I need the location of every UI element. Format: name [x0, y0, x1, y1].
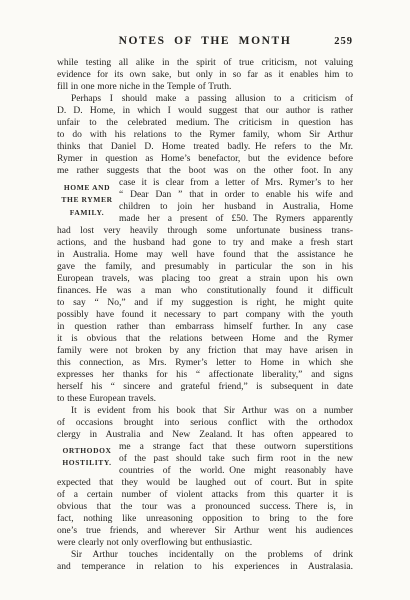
text-line: finances. He was a man who constitutiona…: [57, 285, 353, 297]
text-line: countries of the world. One might reason…: [119, 465, 353, 477]
text-line: of occasions brought into serious confli…: [57, 417, 353, 429]
text-line: “ Dear Dan ” that in order to enable his…: [119, 189, 353, 201]
text-line: thinks that Daniel D. Home treated badly…: [57, 141, 353, 153]
text-line: to say “ No,” and if my suggestion is ri…: [57, 297, 353, 309]
book-page: NOTES OF THE MONTH 259 while testing all…: [0, 0, 410, 600]
sidenote-home-rymer: HOME ANDTHE RYMERFAMILY.: [57, 182, 117, 219]
text-line: had lost very heavily through some unfor…: [57, 225, 353, 237]
text-line: it is obvious that the relations between…: [57, 333, 353, 345]
text-line: to these European travels.: [57, 393, 353, 405]
text-line: one’s true friends, and wherever Sir Art…: [57, 525, 353, 537]
text-line: case it is clear from a letter of Mrs. R…: [119, 177, 353, 189]
body-text: while testing all alike in the spirit of…: [57, 57, 353, 573]
text-line: gave the family, and presumably in parti…: [57, 261, 353, 273]
sidenote-line: THE RYMER: [57, 194, 117, 206]
text-line: Sir Arthur touches incidentally on the p…: [57, 549, 353, 561]
text-line: Rymer in question as Home’s benefactor, …: [57, 153, 353, 165]
text-line: of the past should take such firm root i…: [119, 453, 353, 465]
text-line: me a strange fact that these outworn sup…: [119, 441, 353, 453]
sidenote-line: FAMILY.: [57, 207, 117, 219]
text-line: fact, nothing like unreasoning oppositio…: [57, 513, 353, 525]
text-line: of a certain number of violent attacks f…: [57, 489, 353, 501]
text-line: to do with his relations to the Rymer fa…: [57, 129, 353, 141]
text-line: were clearly not only overflowing but en…: [57, 537, 353, 549]
sidenote-line: HOME AND: [57, 182, 117, 194]
sidenote-line: HOSTILITY.: [57, 457, 117, 469]
page-number: 259: [334, 36, 353, 47]
text-line: unfair to the celebrated medium. The cri…: [57, 117, 353, 129]
page-header: NOTES OF THE MONTH 259: [57, 35, 353, 50]
text-line: clergy in Australia and New Zealand. It …: [57, 429, 353, 441]
text-line: in Australia. Home may well have found t…: [57, 249, 353, 261]
text-line: D. D. Home, in which I would suggest tha…: [57, 105, 353, 117]
text-line: possibly have found it necessary to part…: [57, 309, 353, 321]
text-line: and temperance in relation to his experi…: [57, 561, 353, 573]
text-line: family were not broken by any friction t…: [57, 345, 353, 357]
text-line: expresses her thanks for his “ affection…: [57, 369, 353, 381]
text-line: in question rather than embarrass himsel…: [57, 321, 353, 333]
text-line: European travels, was placing too great …: [57, 273, 353, 285]
sidenote-line: ORTHODOX: [57, 445, 117, 457]
text-line: obvious that the tour was a pronounced s…: [57, 501, 353, 513]
text-line: It is evident from his book that Sir Art…: [57, 405, 353, 417]
text-line: this connection, as Mrs. Rymer’s letter …: [57, 357, 353, 369]
running-title: NOTES OF THE MONTH: [57, 35, 353, 47]
text-line: herself his “ sincere and grateful frien…: [57, 381, 353, 393]
sidenote-orthodox-hostility: ORTHODOXHOSTILITY.: [57, 445, 117, 470]
text-line: Perhaps I should make a passing allusion…: [57, 93, 353, 105]
text-line: expected that they would be laughed out …: [57, 477, 353, 489]
text-line: made her a present of £50. The Rymers ap…: [119, 213, 353, 225]
text-line: me rather suggests that the boot was on …: [57, 165, 353, 177]
text-line: evidence for its own sake, but only in s…: [57, 69, 353, 81]
text-line: actions, and the husband had gone to try…: [57, 237, 353, 249]
text-line: while testing all alike in the spirit of…: [57, 57, 353, 69]
text-line: children to join her husband in Australi…: [119, 201, 353, 213]
text-line: fill in one more niche in the Temple of …: [57, 81, 353, 93]
